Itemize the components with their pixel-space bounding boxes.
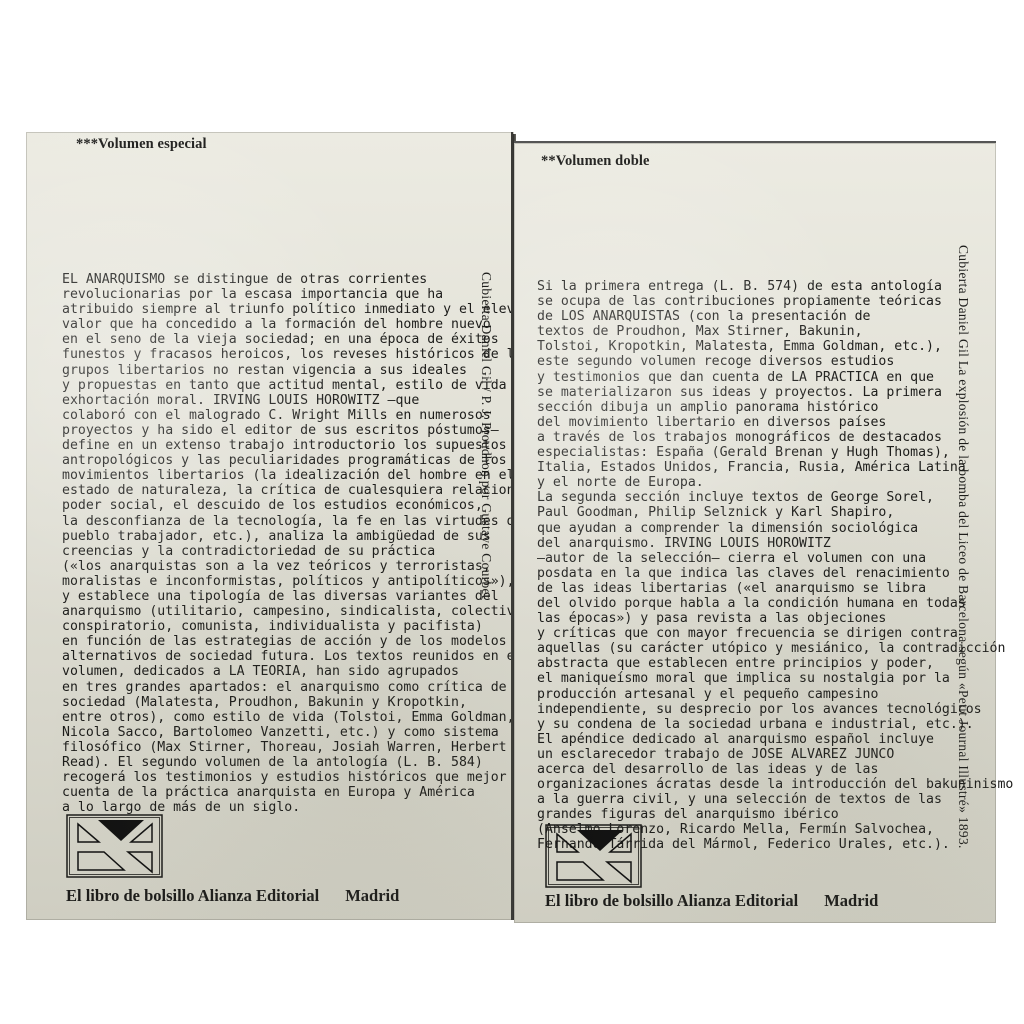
blurb-text: Si la primera entrega (L. B. 574) de est…: [537, 279, 1013, 853]
spine-credit: Cubierta Daniel Gil La explosión de la b…: [955, 245, 971, 849]
alianza-editorial-logo-icon: [66, 814, 163, 878]
publisher-name: El libro de bolsillo Alianza Editorial: [66, 886, 319, 905]
publisher-name: El libro de bolsillo Alianza Editorial: [545, 891, 798, 910]
publisher-line: El libro de bolsillo Alianza EditorialMa…: [545, 891, 878, 911]
spine-credit: Cubierta Daniel Gil / P. J. Proudhon por…: [478, 272, 494, 599]
publisher-city: Madrid: [345, 886, 399, 905]
publisher-line: El libro de bolsillo Alianza EditorialMa…: [66, 886, 399, 906]
alianza-editorial-logo-icon: [545, 824, 642, 888]
volume-label: **Volumen doble: [541, 153, 650, 170]
book-cover-left: ***Volumen especial EL ANARQUISMO se dis…: [26, 132, 514, 920]
book-cover-right: **Volumen doble Si la primera entrega (L…: [514, 141, 996, 923]
volume-label: ***Volumen especial: [76, 136, 207, 153]
publisher-city: Madrid: [824, 891, 878, 910]
